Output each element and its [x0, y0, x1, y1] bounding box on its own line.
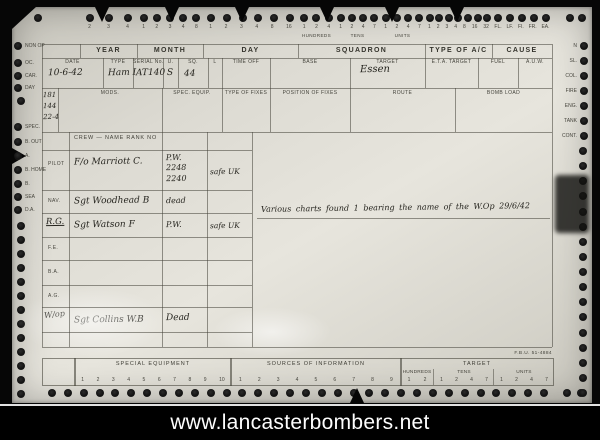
punch-hole [579, 344, 587, 352]
target-tens-cell: TENS 1247 [433, 369, 494, 385]
grid-line [42, 190, 252, 191]
punch-hole [111, 389, 119, 397]
punch-hole [404, 14, 412, 22]
left-margin-item: A. [14, 152, 30, 160]
grid-line [162, 132, 163, 347]
left-margin-item: D.A. [14, 206, 35, 214]
punched-notch [350, 388, 364, 403]
punch-hole [17, 376, 25, 384]
left-margin-item: B. OUT [14, 138, 42, 146]
left-margin-item: B. [14, 180, 30, 188]
punch-hole [578, 14, 586, 22]
punch-hole [14, 84, 22, 92]
target-units-label: UNITS [494, 370, 554, 375]
field-header-time-off: TIME OFF [222, 60, 270, 66]
punch-hole [359, 14, 367, 22]
grid-line [270, 88, 271, 132]
field-header-eta-target: E.T.A. TARGET [425, 60, 478, 66]
punch-hole [300, 14, 308, 22]
punch-hole [337, 14, 345, 22]
punch-hole [579, 283, 587, 291]
left-margin-item: CAR. [14, 72, 37, 80]
punch-hole [579, 313, 587, 321]
crew-note: safe UK [210, 221, 240, 230]
grid-line [42, 44, 552, 45]
punch-hole [435, 14, 443, 22]
grid-line [178, 58, 179, 88]
scale-squadron-tens: 1247 [335, 24, 380, 30]
grid-line [42, 307, 252, 308]
target-title: TARGET [401, 361, 553, 367]
punch-hole [17, 97, 25, 105]
grid-line [222, 88, 223, 132]
right-margin-label: COL. [565, 73, 577, 79]
punch-hole [179, 14, 187, 22]
sources-of-information-box: SOURCES OF INFORMATION 123456789 [230, 358, 402, 386]
punch-hole [34, 14, 42, 22]
target-tens-label: TENS [434, 370, 494, 375]
grid-line [42, 132, 552, 133]
punched-notch [165, 7, 179, 22]
punched-notch [450, 7, 464, 22]
field-header-position-of-fixes: POSITION OF FIXES [270, 91, 350, 97]
punch-holes-top [335, 13, 380, 23]
punch-hole [270, 389, 278, 397]
left-margin-label: B. [25, 181, 30, 187]
punch-holes-top [203, 13, 298, 23]
grid-line [69, 132, 70, 347]
date-margin-notes: 18114422-4 [43, 90, 59, 124]
left-margin-label: SPEC. [25, 124, 40, 130]
punch-hole [17, 236, 25, 244]
punch-hole [143, 389, 151, 397]
left-margin-label: B. HOME [25, 167, 46, 173]
grid-line [425, 58, 426, 88]
grid-line [80, 44, 81, 58]
punch-hole [14, 72, 22, 80]
left-margin-item: NON OP [14, 42, 45, 50]
left-margin-item: SPEC. [14, 123, 40, 131]
punch-hole [17, 362, 25, 370]
right-margin-item: SL. [569, 57, 588, 65]
punch-hole [96, 389, 104, 397]
punched-notch [235, 7, 249, 22]
punch-hole [14, 59, 22, 67]
punch-hole [579, 374, 587, 382]
punch-hole [426, 14, 434, 22]
grid-line [42, 58, 552, 59]
target-hundreds-numbers: 12 [401, 377, 433, 383]
punch-hole [580, 72, 588, 80]
field-header-auw: A.U.W. [518, 60, 552, 66]
grid-line [42, 347, 552, 348]
punch-hole [14, 123, 22, 131]
punch-holes-top [32, 13, 44, 23]
punch-hole [483, 14, 491, 22]
header-day: DAY [203, 47, 298, 54]
punch-hole [223, 14, 231, 22]
crew-status: P.W. [166, 220, 182, 229]
website-url: www.lancasterbombers.net [170, 411, 429, 435]
field-header-fuel: FUEL [478, 60, 518, 66]
punched-notch [385, 7, 399, 22]
grid-line [162, 88, 163, 132]
special-equipment-numbers: 12345678910 [75, 377, 231, 383]
loss-card: 234 12348 1234816 124 1247 1247 12348163… [12, 7, 592, 403]
grid-line [42, 150, 252, 151]
grid-line [222, 58, 223, 88]
right-margin-label: TANK [564, 118, 577, 124]
field-header-type-of-fixes: TYPE OF FIXES [222, 91, 270, 97]
field-header-base: BASE [270, 60, 350, 66]
punch-hole [579, 268, 587, 276]
punch-hole [580, 87, 588, 95]
left-margin-label: SEA [25, 194, 35, 200]
punch-hole [153, 14, 161, 22]
punch-hole [580, 102, 588, 110]
punch-hole [270, 14, 278, 22]
website-caption-bar: www.lancasterbombers.net [0, 404, 600, 440]
crew-status: Dead [166, 313, 190, 323]
left-margin-label: D.A. [25, 207, 35, 213]
tens-label: TENS [335, 33, 380, 38]
special-equipment-title: SPECIAL EQUIPMENT [75, 361, 231, 367]
punch-hole [518, 14, 526, 22]
punch-holes-bottom [44, 388, 552, 398]
header-type-of-ac: TYPE OF A/C [425, 47, 492, 54]
punched-notch [95, 7, 109, 22]
field-header-l: L [208, 60, 222, 66]
scale-month: 12348 [137, 24, 203, 30]
field-header-mods: MODS. [58, 91, 162, 97]
crew-note: safe UK [210, 167, 240, 176]
grid-line [350, 58, 351, 88]
grid-line [207, 132, 208, 347]
crew-name: F/o Marriott C. [74, 157, 143, 168]
punch-hole [579, 329, 587, 337]
crew-name: Sgt Woodhead B [74, 195, 150, 206]
target-units-numbers: 1247 [494, 377, 554, 383]
hundreds-label: HUNDREDS [298, 33, 335, 38]
type-value: Ham I [108, 68, 136, 78]
bottom-empty-box [42, 358, 76, 386]
punch-hole [508, 389, 516, 397]
punch-hole [563, 389, 571, 397]
grid-line [455, 88, 456, 132]
sources-title: SOURCES OF INFORMATION [231, 361, 401, 367]
u-value: S [167, 68, 173, 78]
left-margin-label: B. OUT [25, 139, 42, 145]
punch-hole [14, 166, 22, 174]
grid-line [425, 44, 426, 58]
right-margin-item: FIRE [566, 87, 588, 95]
grid-line [42, 285, 252, 286]
punch-hole [579, 359, 587, 367]
left-margin-item: SEA [14, 193, 35, 201]
punch-hole [542, 14, 550, 22]
grid-line [203, 44, 204, 58]
punch-hole [140, 14, 148, 22]
scale-year: 234 [80, 24, 137, 30]
field-header-u: U. [163, 60, 178, 66]
header-year: YEAR [80, 47, 137, 54]
punch-hole [348, 14, 356, 22]
punch-hole [397, 389, 405, 397]
left-margin-label: CAR. [25, 73, 37, 79]
grid-line [478, 58, 479, 88]
punch-hole [207, 389, 215, 397]
punch-hole [17, 390, 25, 398]
sq-value: 44 [184, 69, 196, 79]
field-header-date: DATE [42, 60, 103, 66]
punch-hole [254, 14, 262, 22]
grid-line [270, 58, 271, 88]
header-squadron: SQUADRON [298, 47, 425, 54]
grid-line [58, 88, 59, 132]
serial-value: AT140 [136, 68, 165, 78]
left-margin-item: B. HOME [14, 166, 46, 174]
grid-line [42, 260, 252, 261]
left-margin-label: DAY [25, 85, 35, 91]
punch-hole [429, 389, 437, 397]
punch-hole [579, 298, 587, 306]
punch-hole [494, 14, 502, 22]
punch-hole [223, 389, 231, 397]
punch-hole [14, 152, 22, 160]
field-header-serial: SERIAL No. [133, 60, 163, 66]
right-margin-item: COL. [565, 72, 588, 80]
header-cause: CAUSE [492, 47, 552, 54]
punch-hole [80, 389, 88, 397]
remark-note: Various charts found 1 bearing the name … [261, 201, 530, 214]
punch-hole [474, 14, 482, 22]
scale-squadron-units: 1247 [380, 24, 425, 30]
punch-hole [14, 206, 22, 214]
grid-line [518, 58, 519, 88]
punch-hole [17, 278, 25, 286]
scale-day: 1234816 [203, 24, 298, 30]
punch-hole [14, 180, 22, 188]
grid-line [42, 237, 252, 238]
punch-hole [17, 264, 25, 272]
punch-hole [286, 14, 294, 22]
punch-hole [302, 389, 310, 397]
punch-hole [566, 14, 574, 22]
punch-hole [579, 238, 587, 246]
right-margin-item: CONT. [562, 132, 588, 140]
grid-line [137, 44, 138, 58]
punch-hole [64, 389, 72, 397]
field-header-sq: SQ. [178, 60, 208, 66]
left-margin-item: DAY [14, 84, 35, 92]
crew-role-label: B.A. [48, 270, 59, 276]
punch-hole [579, 147, 587, 155]
grid-line [133, 58, 134, 88]
right-margin-label: FIRE [566, 88, 577, 94]
grid-line [42, 213, 252, 214]
right-margin-label: ENG. [565, 103, 577, 109]
punch-hole [254, 389, 262, 397]
punch-hole [207, 14, 215, 22]
target-hundreds-label: HUNDREDS [401, 370, 433, 375]
crew-role-label: F.E. [48, 246, 58, 252]
target-box: TARGET HUNDREDS 12 TENS 1247 UNITS 1247 [400, 358, 554, 386]
punch-hole [17, 250, 25, 258]
punch-hole [238, 389, 246, 397]
field-header-spec-equip: SPEC. EQUIP. [162, 91, 222, 97]
punch-hole [48, 389, 56, 397]
target-hundreds-cell: HUNDREDS 12 [401, 369, 433, 385]
grid-line [42, 88, 552, 89]
sources-numbers: 123456789 [231, 377, 401, 383]
target-tens-numbers: 1247 [434, 377, 494, 383]
punch-hole [580, 117, 588, 125]
scale-cause: FL.LF.FI.FR.EA. [492, 24, 552, 30]
crew-role-label: NAV. [48, 199, 60, 205]
header-month: MONTH [137, 47, 203, 54]
special-equipment-box: SPECIAL EQUIPMENT 12345678910 [74, 358, 232, 386]
grid-line [42, 332, 252, 333]
punch-hole [127, 389, 135, 397]
punch-hole [124, 14, 132, 22]
grid-line [257, 218, 550, 219]
grid-line [350, 88, 351, 132]
punch-hole [461, 389, 469, 397]
units-label: UNITS [380, 33, 425, 38]
punched-notch [320, 7, 334, 22]
field-header-route: ROUTE [350, 91, 455, 97]
right-margin-item: TANK [564, 117, 588, 125]
grid-line [252, 132, 253, 347]
punch-hole [318, 389, 326, 397]
crew-table-header: CREW — NAME RANK NO [74, 135, 157, 141]
grid-line [103, 58, 104, 88]
punch-hole [445, 389, 453, 397]
punch-hole [464, 14, 472, 22]
punch-hole [370, 14, 378, 22]
date-value: 10-6-42 [48, 68, 83, 78]
punch-hole [192, 14, 200, 22]
punch-hole [381, 389, 389, 397]
punch-hole [14, 193, 22, 201]
punch-hole [506, 14, 514, 22]
punch-hole [191, 389, 199, 397]
right-margin-label: SL. [569, 58, 577, 64]
crew-role-label: PILOT [48, 162, 64, 168]
grid-line [552, 44, 553, 347]
left-margin-label: NON OP [25, 43, 45, 49]
punch-hole [415, 14, 423, 22]
punch-hole [579, 389, 587, 397]
punch-hole [540, 389, 548, 397]
form-number: F.B.U. 51-4884 [452, 351, 552, 357]
left-margin-label: A. [25, 153, 30, 159]
punch-hole [175, 389, 183, 397]
punch-hole [14, 138, 22, 146]
right-margin-label: N [573, 43, 577, 49]
punch-hole [579, 253, 587, 261]
scale-squadron-hundreds: 124 [298, 24, 335, 30]
crew-status: dead [166, 196, 186, 205]
punch-hole [580, 132, 588, 140]
punch-hole [579, 162, 587, 170]
punch-hole [530, 14, 538, 22]
screenshot: 234 12348 1234816 124 1247 1247 12348163… [0, 0, 600, 440]
punch-holes-top [492, 13, 552, 23]
punch-hole [580, 42, 588, 50]
punch-holes-left [16, 97, 26, 105]
punch-hole [524, 389, 532, 397]
punch-hole [159, 389, 167, 397]
left-margin-label: OC. [25, 60, 34, 66]
punch-hole [477, 389, 485, 397]
punch-hole [14, 42, 22, 50]
target-units-cell: UNITS 1247 [493, 369, 554, 385]
punch-hole [334, 389, 342, 397]
right-margin-label: CONT. [562, 133, 577, 139]
right-margin-item: ENG. [565, 102, 588, 110]
grid-line [42, 44, 43, 347]
punch-hole [286, 389, 294, 397]
scale-type-of-ac: 123481632 [425, 24, 492, 30]
right-margin-item: N [573, 42, 588, 50]
grid-line [492, 44, 493, 58]
punch-hole [365, 389, 373, 397]
punch-holes-top [564, 13, 588, 23]
crew-role-label: R.G. [46, 217, 64, 227]
grid-line [208, 58, 209, 88]
punch-hole [86, 14, 94, 22]
left-margin-item: OC. [14, 59, 34, 67]
grid-line [163, 58, 164, 88]
target-value: Essen [360, 64, 390, 75]
punch-hole [492, 389, 500, 397]
grid-line [298, 44, 299, 58]
scan-smudge [555, 175, 589, 233]
field-header-type: TYPE [103, 60, 133, 66]
punch-hole [413, 389, 421, 397]
crew-name: Sgt Watson F [74, 220, 135, 231]
punch-hole [580, 57, 588, 65]
punch-hole [17, 222, 25, 230]
field-header-bomb-load: BOMB LOAD [455, 91, 552, 97]
